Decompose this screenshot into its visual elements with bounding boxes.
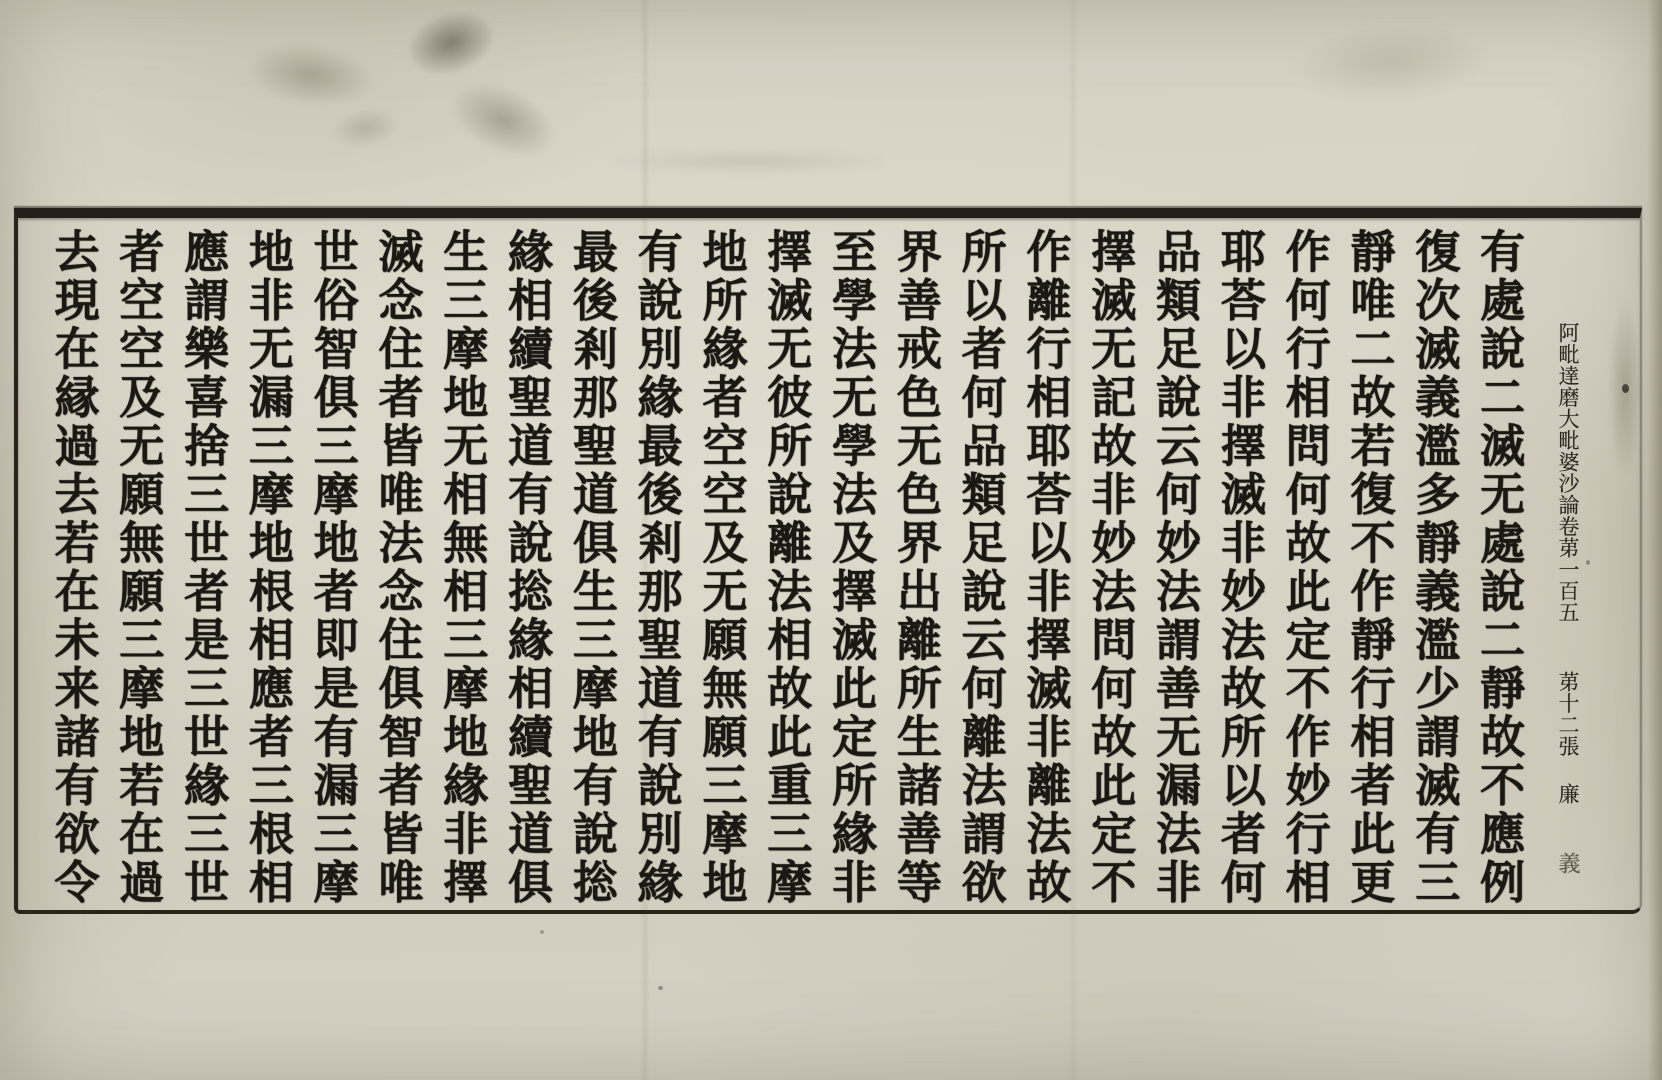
ink-speck: [540, 930, 544, 934]
text-column: 作何行相問何故此定不作妙行相: [1271, 228, 1336, 914]
case-mark: 廉: [1556, 783, 1580, 805]
text-column: 地非无漏三摩地根相應者三根相: [234, 228, 299, 914]
paper-stain: [440, 68, 567, 171]
paper-stain: [242, 35, 379, 114]
text-column: 世俗智俱三摩地者即是有漏三摩: [299, 228, 364, 914]
text-column: 應謂樂喜捨三世者是三世緣三世: [169, 228, 234, 914]
paper-stain: [1288, 15, 1493, 107]
text-column: 復次滅義濫多靜義濫少謂滅有三: [1400, 228, 1465, 914]
text-column: 界善戒色无色界出離所生諸善等: [882, 228, 947, 914]
collation-mark: 義: [1556, 852, 1581, 875]
text-column: 生三摩地无相無相三摩地緣非擇: [428, 228, 493, 914]
text-column: 有處說二滅无處說二靜故不應例: [1465, 228, 1530, 914]
fascicle-title: 阿毗達磨大毗婆沙論卷苐一百五: [1556, 322, 1580, 623]
text-column: 者空空及无願無願三摩地若在過: [104, 228, 169, 914]
text-column: 擇滅无彼所說離法相故此重三摩: [752, 228, 817, 914]
text-column: 作離行相耶荅以非擇滅非離法故: [1012, 228, 1077, 914]
text-column: 去現在縁過去若在未来諸有欲令: [40, 228, 105, 914]
paper-edge-shading: [1648, 0, 1662, 1080]
paper-stain: [327, 102, 403, 154]
text-frame: 阿毗達磨大毗婆沙論卷苐一百五 苐十二張 廉 義 有處說二滅无處說二靜故不應例復次…: [14, 208, 1642, 914]
ink-smudge: [401, 2, 501, 84]
paper-stain: [600, 148, 900, 174]
text-column: 有說別緣最後剎那聖道有說別緣: [623, 228, 688, 914]
text-column: 至學法无學法及擇滅此定所緣非: [817, 228, 882, 914]
text-column: 品類足說云何妙法謂善无漏法非: [1141, 228, 1206, 914]
text-column: 所以者何品類足說云何離法謂欲: [947, 228, 1012, 914]
text-column: 靜唯二故若復不作靜行相者此更: [1336, 228, 1401, 914]
ink-speck: [658, 986, 663, 990]
text-column: 耶荅以非擇滅非妙法故所以者何: [1206, 228, 1271, 914]
sheet-number: 苐十二張: [1556, 671, 1580, 757]
manuscript-sheet: 阿毗達磨大毗婆沙論卷苐一百五 苐十二張 廉 義 有處說二滅无處說二靜故不應例復次…: [0, 0, 1662, 1080]
text-column: 最後剎那聖道俱生三摩地有說捴: [558, 228, 623, 914]
text-column: 滅念住者皆唯法念住俱智者皆唯: [364, 228, 429, 914]
fascicle-title-column: 阿毗達磨大毗婆沙論卷苐一百五 苐十二張 廉 義: [1548, 322, 1588, 902]
sutra-text-columns: 有處說二滅无處說二靜故不應例復次滅義濫多靜義濫少謂滅有三靜唯二故若復不作靜行相者…: [40, 228, 1530, 914]
text-column: 地所緣者空空及无願無願三摩地: [688, 228, 753, 914]
text-column: 擇滅无記故非妙法問何故此定不: [1076, 228, 1141, 914]
text-column: 緣相續聖道有說捴緣相續聖道俱: [493, 228, 558, 914]
